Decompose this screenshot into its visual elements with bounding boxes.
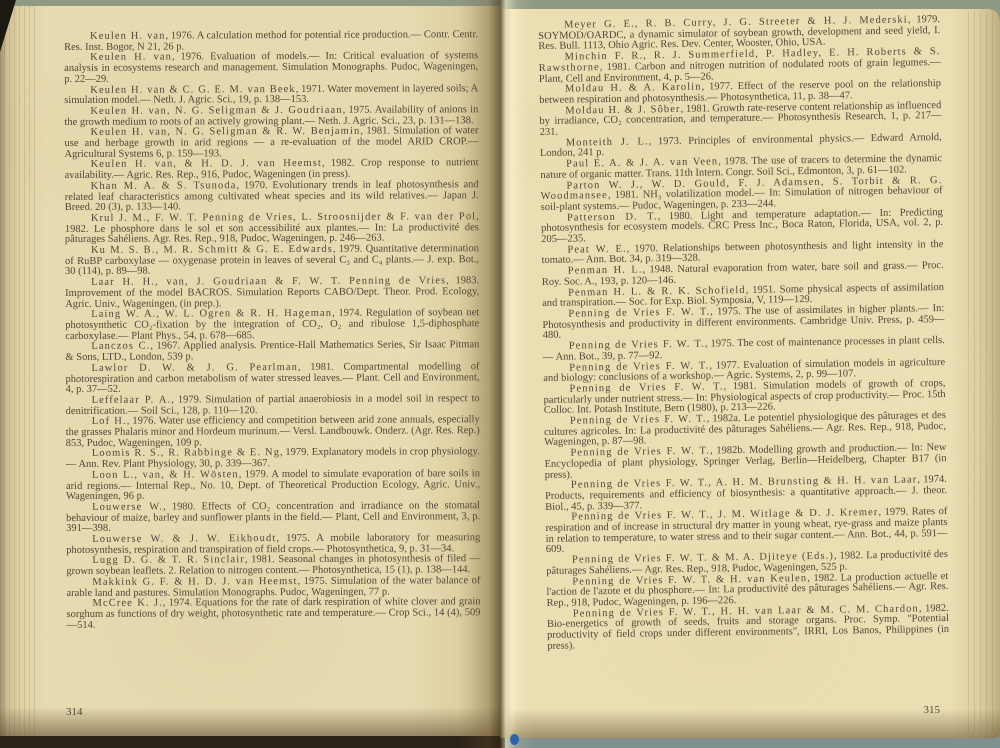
reference-authors: McCree K. J. bbox=[92, 598, 162, 609]
reference-text: , 1976. Water use efficiency and competi… bbox=[66, 415, 480, 449]
reference-authors: Keulen H. van bbox=[90, 52, 172, 63]
reference-entry: Laing W. A., W. L. Ogren & R. H. Hageman… bbox=[65, 308, 479, 342]
left-page-edge bbox=[4, 6, 38, 736]
left-page-references: Keulen H. van, 1976. A calculation metho… bbox=[64, 30, 481, 631]
reference-entry: Krul J. M., F. W. T. Penning de Vries, L… bbox=[65, 212, 479, 246]
left-page-number: 314 bbox=[66, 706, 83, 718]
right-page-number: 315 bbox=[924, 704, 941, 716]
reference-entry: Lawlor D. W. & J. G. Pearlman, 1981. Com… bbox=[65, 362, 479, 396]
reference-entry: Keulen H. van, N. G. Seligman & R. W. Be… bbox=[64, 127, 478, 161]
right-page-edge bbox=[968, 11, 998, 733]
backdrop-dark-left bbox=[0, 734, 505, 748]
reference-entry: Lof H., 1976. Water use efficiency and c… bbox=[66, 416, 480, 450]
reference-entry: Laar H. H., van, J. Goudriaan & F. W. T.… bbox=[65, 276, 479, 310]
reference-entry: Penning de Vries F. W. T., J. M. Witlage… bbox=[545, 507, 948, 556]
right-page: Meyer G. E., R. B. Curry, J. G. Streeter… bbox=[500, 9, 1000, 738]
reference-entry: Penning de Vries F. W. T., H. H. van Laa… bbox=[547, 604, 950, 653]
reference-entry: Khan M. A. & S. Tsunoda, 1970. Evolution… bbox=[65, 180, 479, 214]
reference-authors: Leffelaar P. A. bbox=[92, 394, 172, 405]
blue-speck bbox=[510, 734, 519, 745]
book-photo: Keulen H. van, 1976. A calculation metho… bbox=[0, 0, 1000, 748]
reference-authors: Louwerse W. bbox=[92, 502, 163, 513]
reference-authors: Monteith J. L. bbox=[566, 136, 649, 148]
left-page: Keulen H. van, 1976. A calculation metho… bbox=[0, 6, 500, 736]
reference-entry: Loon L., van, & H. Wösten, 1979. A model… bbox=[66, 469, 480, 503]
reference-entry: Louwerse W., 1980. Effects of CO₂ concen… bbox=[66, 501, 480, 535]
reference-entry: Keulen H. van, 1976. Evaluation of model… bbox=[64, 52, 478, 86]
reference-authors: Lof H. bbox=[92, 416, 127, 427]
reference-authors: Lanczos C. bbox=[91, 341, 150, 352]
right-page-references: Meyer G. E., R. B. Curry, J. G. Streeter… bbox=[538, 15, 949, 652]
reference-entry: Ku M. S. B., M. R. Schmitt & G. E. Edwar… bbox=[65, 244, 479, 278]
reference-authors: Keulen H. van bbox=[90, 31, 166, 42]
reference-entry: McCree K. J., 1974. Equations for the ra… bbox=[66, 597, 480, 631]
